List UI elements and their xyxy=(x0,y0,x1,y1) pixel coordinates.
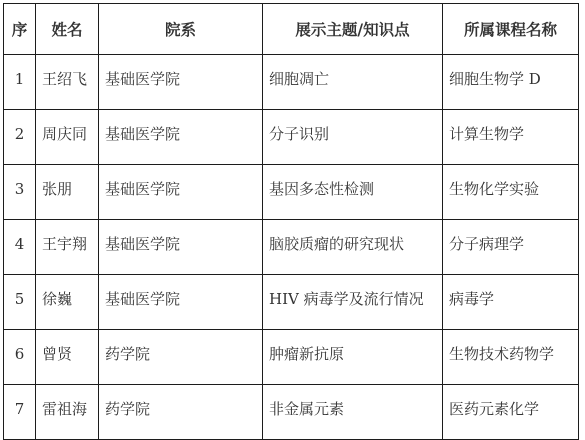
header-cell-dept: 院系 xyxy=(99,4,263,55)
table-row: 1 王绍飞 基础医学院 细胞凋亡 细胞生物学 D xyxy=(4,55,579,110)
cell-course: 分子病理学 xyxy=(443,220,579,275)
cell-dept: 基础医学院 xyxy=(99,110,263,165)
table-row: 6 曾贤 药学院 肿瘤新抗原 生物技术药物学 xyxy=(4,330,579,385)
table-row: 3 张朋 基础医学院 基因多态性检测 生物化学实验 xyxy=(4,165,579,220)
cell-seq: 5 xyxy=(4,275,36,330)
header-cell-topic: 展示主题/知识点 xyxy=(263,4,443,55)
cell-seq: 1 xyxy=(4,55,36,110)
cell-dept: 基础医学院 xyxy=(99,275,263,330)
cell-name: 曾贤 xyxy=(36,330,99,385)
cell-course: 病毒学 xyxy=(443,275,579,330)
course-presentation-table: 序姓名院系展示主题/知识点所属课程名称 1 王绍飞 基础医学院 细胞凋亡 细胞生… xyxy=(3,3,579,440)
cell-name: 张朋 xyxy=(36,165,99,220)
cell-dept: 药学院 xyxy=(99,330,263,385)
cell-topic: 肿瘤新抗原 xyxy=(263,330,443,385)
table-row: 2 周庆同 基础医学院 分子识别 计算生物学 xyxy=(4,110,579,165)
cell-course: 细胞生物学 D xyxy=(443,55,579,110)
cell-topic: 非金属元素 xyxy=(263,385,443,440)
cell-dept: 基础医学院 xyxy=(99,55,263,110)
cell-name: 雷祖海 xyxy=(36,385,99,440)
cell-course: 生物化学实验 xyxy=(443,165,579,220)
cell-topic: 分子识别 xyxy=(263,110,443,165)
cell-topic: 基因多态性检测 xyxy=(263,165,443,220)
header-cell-seq: 序 xyxy=(4,4,36,55)
cell-course: 生物技术药物学 xyxy=(443,330,579,385)
table-row: 5 徐巍 基础医学院 HIV 病毒学及流行情况 病毒学 xyxy=(4,275,579,330)
cell-dept: 基础医学院 xyxy=(99,220,263,275)
cell-seq: 7 xyxy=(4,385,36,440)
header-cell-name: 姓名 xyxy=(36,4,99,55)
header-row: 序姓名院系展示主题/知识点所属课程名称 xyxy=(4,4,579,55)
cell-seq: 6 xyxy=(4,330,36,385)
cell-seq: 2 xyxy=(4,110,36,165)
table-row: 7 雷祖海 药学院 非金属元素 医药元素化学 xyxy=(4,385,579,440)
table-body: 1 王绍飞 基础医学院 细胞凋亡 细胞生物学 D 2 周庆同 基础医学院 分子识… xyxy=(4,55,579,440)
cell-seq: 3 xyxy=(4,165,36,220)
header-cell-course: 所属课程名称 xyxy=(443,4,579,55)
cell-dept: 药学院 xyxy=(99,385,263,440)
table-header: 序姓名院系展示主题/知识点所属课程名称 xyxy=(4,4,579,55)
cell-name: 王绍飞 xyxy=(36,55,99,110)
cell-topic: HIV 病毒学及流行情况 xyxy=(263,275,443,330)
table-row: 4 王宇翔 基础医学院 脑胶质瘤的研究现状 分子病理学 xyxy=(4,220,579,275)
cell-seq: 4 xyxy=(4,220,36,275)
cell-topic: 细胞凋亡 xyxy=(263,55,443,110)
cell-name: 周庆同 xyxy=(36,110,99,165)
cell-dept: 基础医学院 xyxy=(99,165,263,220)
cell-course: 计算生物学 xyxy=(443,110,579,165)
cell-topic: 脑胶质瘤的研究现状 xyxy=(263,220,443,275)
cell-name: 徐巍 xyxy=(36,275,99,330)
cell-name: 王宇翔 xyxy=(36,220,99,275)
cell-course: 医药元素化学 xyxy=(443,385,579,440)
